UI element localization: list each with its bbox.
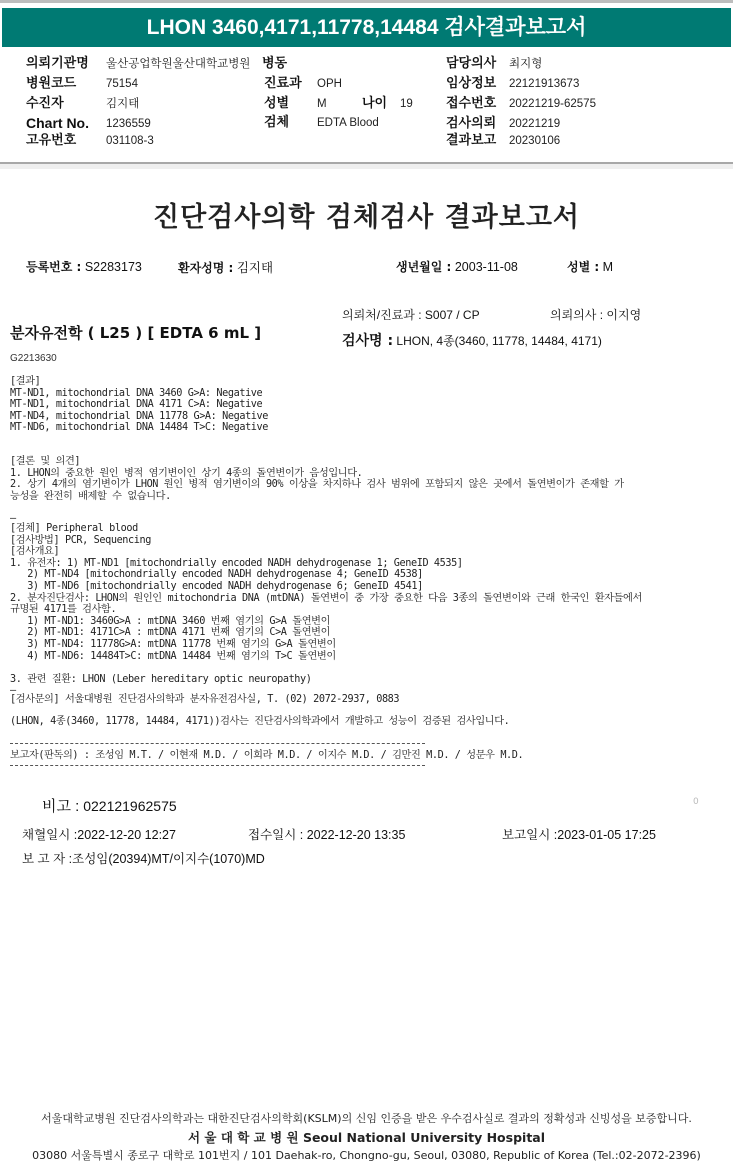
label-specimen: 검체 [264, 113, 289, 132]
label-receipt: 접수일시 : [248, 828, 303, 842]
label-test-name: 검사명 : [342, 333, 393, 349]
method-line: 3. 관련 질환: LHON (Leber hereditary optic n… [10, 674, 642, 686]
label-collection: 채혈일시 : [22, 828, 77, 842]
label-registration: 등록번호 : [26, 260, 81, 274]
method-line: [검체] Peripheral blood [10, 523, 642, 535]
method-line: 2) MT-ND1: 4171C>A : mtDNA 4171 번째 염기의 C… [10, 627, 642, 639]
method-block: [검체] Peripheral blood[검사방법] PCR, Sequenc… [10, 523, 642, 697]
label-receipt-no: 접수번호 [446, 94, 496, 113]
label-attending-doctor: 담당의사 [446, 54, 496, 73]
label-clinical-info: 임상정보 [446, 74, 496, 93]
conclusion-line: 1. LHON의 중요한 원인 병적 염기변이인 상기 4종의 돌연변이가 음성… [10, 468, 624, 480]
value-reporter: 조성임(20394)MT/이지수(1070)MD [72, 852, 265, 866]
method-line: 4) MT-ND6: 14484T>C: mtDNA 14484 번째 염기의 … [10, 651, 642, 663]
reporters-line: 보고자(판독의) : 조성임 M.T. / 이현재 M.D. / 이희라 M.D… [10, 750, 523, 762]
value-report: 2023-01-05 17:25 [557, 828, 656, 842]
conclusion-line: 2. 상기 4개의 염기변이가 LHON 원인 병적 염기변이의 90% 이상을… [10, 479, 624, 491]
label-dob: 생년월일 : [396, 260, 451, 274]
patient-name: 환자성명 : 김지태 [178, 258, 273, 276]
results-header: [결과] [10, 376, 268, 388]
label-dept: 의뢰처/진료과 : [342, 308, 422, 322]
requesting-doctor: 의뢰의사 : 이지영 [550, 306, 641, 323]
label-result-report: 결과보고 [446, 131, 496, 150]
label-requesting-institution: 의뢰기관명 [26, 54, 89, 73]
faint-mark: 0 [693, 797, 699, 807]
value-receipt-no: 20221219-62575 [509, 95, 596, 114]
method-line: [검사방법] PCR, Sequencing [10, 535, 642, 547]
collection-time: 채혈일시 :2022-12-20 12:27 [22, 825, 176, 843]
requesting-department: 의뢰처/진료과 : S007 / CP [342, 306, 480, 323]
registration-number: 등록번호 : S2283173 [26, 258, 142, 275]
value-hospital-code: 75154 [106, 75, 138, 94]
footer-hospital-name: 서 울 대 학 교 병 원 Seoul National University … [0, 1128, 733, 1146]
footer-certification: 서울대학교병원 진단검사의학과는 대한진단검사의학회(KSLM)의 신임 인증을… [0, 1110, 733, 1126]
method-line: 1. 유전자: 1) MT-ND1 [mitochondrially encod… [10, 558, 642, 570]
value-specimen: EDTA Blood [317, 114, 379, 133]
value-patient: 김지태 [106, 95, 139, 114]
method-line: 2) MT-ND4 [mitochondrially encoded NADH … [10, 569, 642, 581]
value-collection: 2022-12-20 12:27 [77, 828, 176, 842]
value-patient-name: 김지태 [237, 261, 273, 275]
value-age: 19 [400, 95, 413, 114]
label-patient: 수진자 [26, 94, 64, 113]
label-reporter: 보 고 자 : [22, 852, 72, 866]
method-line: 규명된 4171를 검사함. [10, 604, 642, 616]
sample-id: G2213630 [10, 353, 57, 364]
value-registration: S2283173 [85, 260, 142, 274]
method-spacer [10, 662, 642, 674]
result-line: MT-ND6, mitochondrial DNA 14484 T>C: Neg… [10, 422, 268, 434]
result-line: MT-ND4, mitochondrial DNA 11778 G>A: Neg… [10, 411, 268, 423]
method-line: 2. 분자진단검사: LHON의 원인인 mitochondria DNA (m… [10, 593, 642, 605]
conclusion-header: [결론 및 의견] [10, 456, 624, 468]
value-test-name: LHON, 4종(3460, 11778, 14484, 4171) [396, 334, 602, 348]
value-receipt: 2022-12-20 13:35 [307, 828, 406, 842]
label-hospital-code: 병원코드 [26, 74, 76, 93]
value-requesting-institution: 울산공업학원울산대학교병원 [106, 55, 250, 74]
test-name: 검사명 : LHON, 4종(3460, 11778, 14484, 4171) [342, 330, 602, 350]
report-time: 보고일시 :2023-01-05 17:25 [502, 825, 656, 843]
label-patient-name: 환자성명 : [178, 261, 233, 275]
label-unique-no: 고유번호 [26, 131, 76, 150]
label-sex: 성별 [264, 94, 289, 113]
reporter: 보 고 자 :조성임(20394)MT/이지수(1070)MD [22, 849, 265, 867]
receipt-time: 접수일시 : 2022-12-20 13:35 [248, 825, 405, 843]
header-info: 의뢰기관명 울산공업학원울산대학교병원 병동 병원코드 75154 수진자 김지… [0, 0, 733, 160]
method-line: 1) MT-ND1: 3460G>A : mtDNA 3460 번째 염기의 G… [10, 616, 642, 628]
value-clinical-info: 22121913673 [509, 75, 579, 94]
value-dept: S007 / CP [425, 308, 480, 322]
date-of-birth: 생년월일 : 2003-11-08 [396, 258, 518, 275]
label-age: 나이 [362, 94, 387, 113]
label-doctor: 의뢰의사 : [550, 308, 603, 322]
value-attending-doctor: 최지형 [509, 55, 542, 74]
value-sex: M [317, 95, 327, 114]
method-line: 3) MT-ND6 [mitochondrially encoded NADH … [10, 581, 642, 593]
dashed-divider [10, 765, 425, 766]
dashed-divider [10, 743, 425, 744]
label-patient-sex: 성별 : [567, 260, 599, 274]
document-title: 진단검사의학 검체검사 결과보고서 [0, 195, 733, 234]
result-line: MT-ND1, mitochondrial DNA 3460 G>A: Nega… [10, 388, 268, 400]
value-result-report: 20230106 [509, 132, 560, 151]
result-line: MT-ND1, mitochondrial DNA 4171 C>A: Nega… [10, 399, 268, 411]
value-unique-no: 031108-3 [106, 132, 154, 151]
label-department: 진료과 [264, 74, 302, 93]
remarks: 비고 : 022121962575 [42, 795, 177, 816]
validation-line: (LHON, 4종(3460, 11778, 14484, 4171))검사는 … [10, 716, 509, 728]
divider-shadow [0, 164, 733, 169]
value-remarks: 022121962575 [83, 798, 176, 814]
value-dob: 2003-11-08 [455, 260, 518, 274]
label-report: 보고일시 : [502, 828, 557, 842]
method-line: [검사개요] [10, 546, 642, 558]
value-doctor: 이지영 [606, 308, 641, 322]
conclusion-line: 능성을 완전히 배제할 수 없습니다. [10, 491, 624, 503]
conclusion-block: [결론 및 의견]1. LHON의 중요한 원인 병적 염기변이인 상기 4종의… [10, 456, 624, 525]
results-block: [결과]MT-ND1, mitochondrial DNA 3460 G>A: … [10, 376, 268, 434]
section-title: 분자유전학 ( L25 ) [ EDTA 6 mL ] [10, 322, 261, 343]
label-remarks: 비고 : [42, 798, 79, 815]
method-line: 3) MT-ND4: 11778G>A: mtDNA 11778 번째 염기의 … [10, 639, 642, 651]
patient-sex: 성별 : M [567, 258, 613, 275]
value-department: OPH [317, 75, 342, 94]
label-ward: 병동 [262, 54, 287, 73]
value-patient-sex: M [603, 260, 613, 274]
contact-line: [검사문의] 서울대병원 진단검사의학과 분자유전검사실, T. (02) 20… [10, 694, 399, 706]
footer-address: 03080 서울특별시 종로구 대학로 101번지 / 101 Daehak-r… [0, 1147, 733, 1163]
